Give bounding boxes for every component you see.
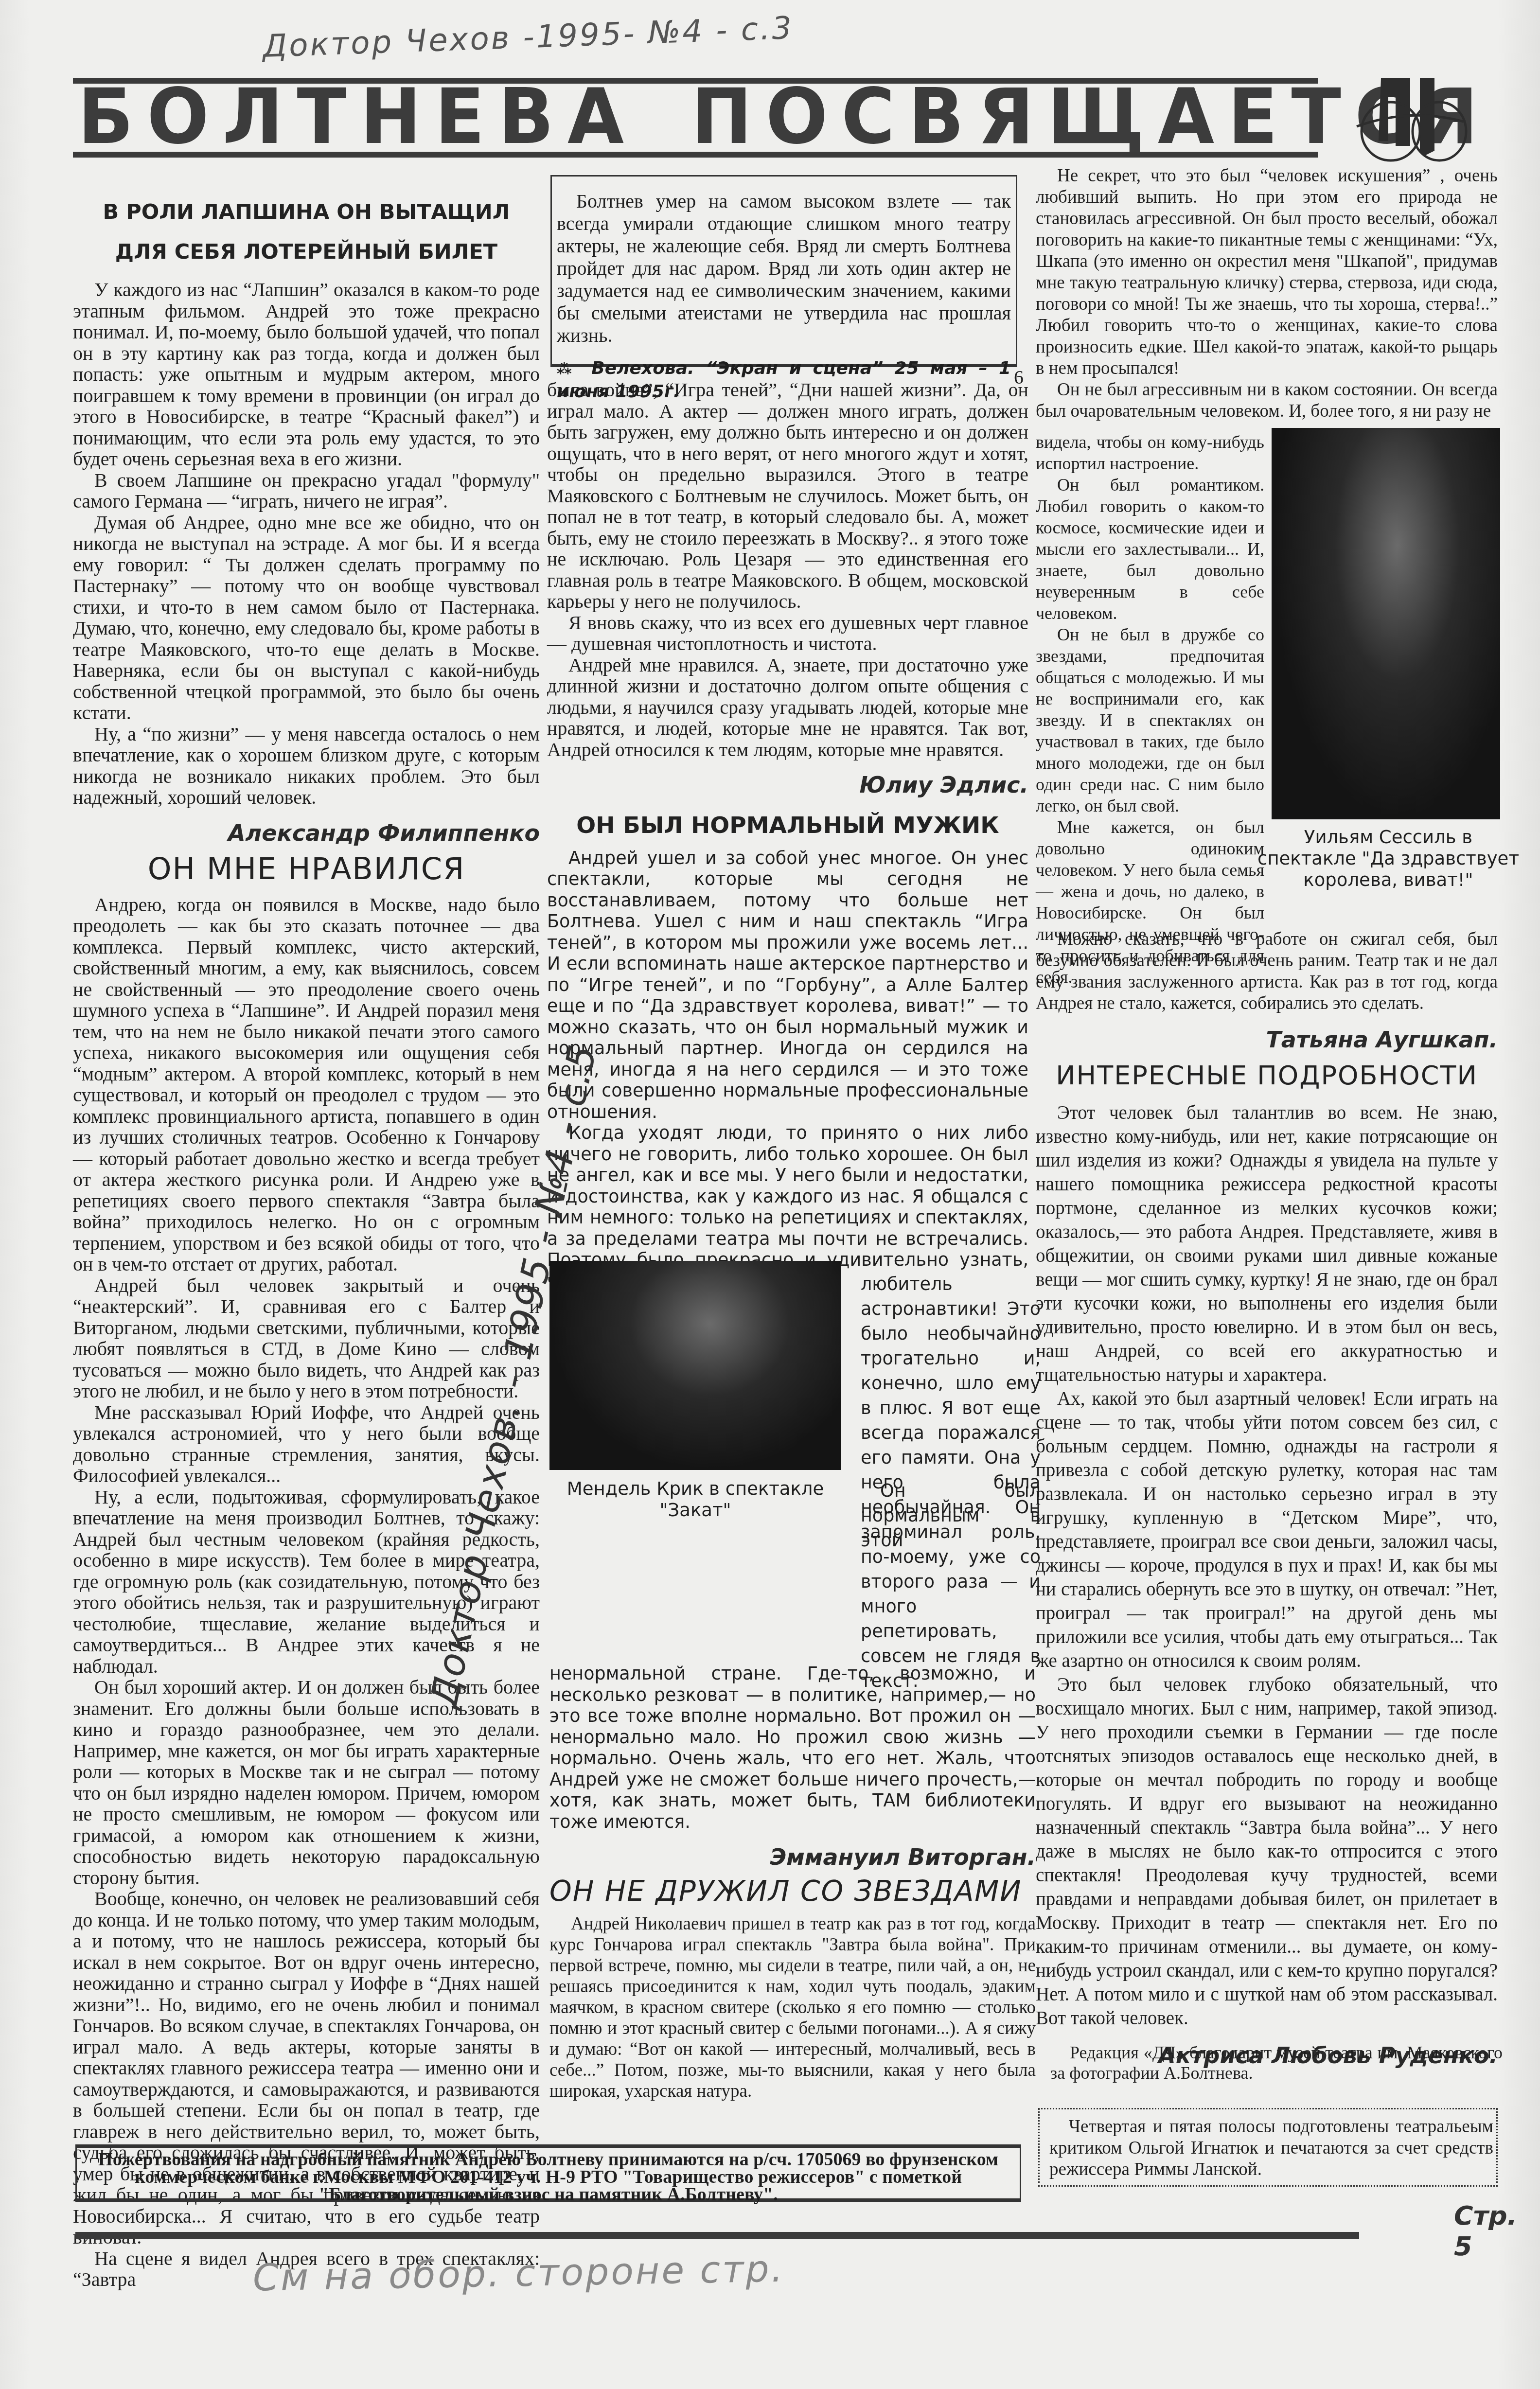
credits-text: Четвертая и пятая полосы подготовлены те…: [1049, 2116, 1493, 2180]
acknowledgement: Редакция «ДЧ» благодарит музей театра им…: [1050, 2042, 1503, 2083]
paragraph: Можно сказать, что в работе он сжигал се…: [1036, 929, 1498, 1014]
page-title: БОЛТНЕВАПОСВЯЩАЕТСЯ: [78, 84, 1313, 150]
paragraph: Андрей был человек закрытый и очень “неа…: [73, 1275, 540, 1402]
column-middle: была война”, “Игра теней”, “Дни нашей жи…: [547, 379, 1028, 1292]
quote-text: Болтнев умер на самом высоком взлете — т…: [557, 190, 1011, 347]
dch-logo-icon: [1337, 68, 1532, 165]
donation-box: Пожертвования на надгробный памятник Анд…: [75, 2144, 1021, 2202]
paragraph: ненормальной стране. Где-то, возможно, и…: [549, 1663, 1036, 1832]
paragraph: Он был хороший актер. И он должен был бы…: [73, 1677, 540, 1888]
paragraph: У каждого из нас “Лапшин” оказался в как…: [73, 279, 540, 470]
credits-box: Четвертая и пятая полосы подготовлены те…: [1038, 2108, 1498, 2187]
handwritten-note-top: Доктор Чехов -1995- №4 - с.3: [262, 10, 794, 65]
title-word-1: БОЛТНЕВА: [78, 72, 637, 161]
paragraph: Мне рассказывал Юрий Иоффе, что Андрей о…: [73, 1402, 540, 1486]
author-signature: Татьяна Аугшкап.: [1036, 1029, 1498, 1050]
masthead-rule-bottom: [73, 152, 1318, 158]
article3-end: ненормальной стране. Где-то, возможно, и…: [549, 1663, 1036, 2102]
paragraph: Не секрет, что это был “человек искушени…: [1036, 165, 1498, 379]
paragraph: видела, чтобы он кому-нибудь испортил на…: [1036, 431, 1264, 474]
paragraph: Андрей ушел и за собой унес многое. Он у…: [547, 848, 1028, 1123]
newspaper-page: Доктор Чехов -1995- №4 - с.3 БОЛТНЕВАПОС…: [0, 0, 1540, 2389]
bullet-icon: ⁂: [557, 361, 577, 378]
paragraph: Я вновь скажу, что из всех его душевных …: [547, 612, 1028, 655]
photo-caption: Уильям Сессиль в спектакле "Да здравству…: [1252, 827, 1524, 891]
paragraph: Это был человек глубоко обязательный, чт…: [1036, 1673, 1498, 2030]
author-signature: Александр Филиппенко: [73, 823, 540, 844]
handwritten-note-bottom: См на обор. стороне стр.: [252, 2247, 785, 2299]
article4-heading: ОН НЕ ДРУЖИЛ СО ЗВЕЗДАМИ: [549, 1881, 1036, 1902]
paragraph: Андрею, когда он появился в Москве, надо…: [73, 894, 540, 1275]
paragraph: Он был романтиком. Любил говорить о како…: [1036, 474, 1264, 624]
author-signature: Эммануил Виторган.: [549, 1847, 1036, 1868]
paragraph: Этот человек был талантлив во всем. Не з…: [1036, 1101, 1498, 1387]
article5-end: Можно сказать, что в работе он сжигал се…: [1036, 929, 1498, 2079]
article3-body: Андрей ушел и за собой унес многое. Он у…: [547, 848, 1028, 1292]
paragraph: Он не был агрессивным ни в каком состоян…: [1036, 379, 1498, 422]
paragraph: Думая об Андрее, одно мне все же обидно,…: [73, 512, 540, 724]
photo-mendel-krik: [549, 1261, 841, 1470]
paragraph: Он не был в дружбе со звездами, предпочи…: [1036, 624, 1264, 816]
paragraph: была война”, “Игра теней”, “Дни нашей жи…: [547, 379, 1028, 612]
quote-box: Болтнев умер на самом высоком взлете — т…: [550, 175, 1017, 367]
author-signature: Юлиу Эдлис.: [547, 775, 1028, 796]
paragraph: В своем Лапшине он прекрасно угадал "фор…: [73, 470, 540, 512]
article5-wrap: видела, чтобы он кому-нибудь испортил на…: [1036, 431, 1264, 988]
column-left: В РОЛИ ЛАПШИНА ОН ВЫТАЩИЛ ДЛЯ СЕБЯ ЛОТЕР…: [73, 185, 540, 2290]
article1-heading: В РОЛИ ЛАПШИНА ОН ВЫТАЩИЛ ДЛЯ СЕБЯ ЛОТЕР…: [73, 185, 540, 279]
page-number: Стр. 5: [1454, 2200, 1540, 2262]
heading-line: ДЛЯ СЕБЯ ЛОТЕРЕЙНЫЙ БИЛЕТ: [73, 225, 540, 279]
paragraph: Он был нормальным в этой: [861, 1480, 1041, 1551]
paragraph: Ну, а “по жизни” — у меня навсегда остал…: [73, 724, 540, 808]
paragraph: Ах, какой это был азартный человек! Если…: [1036, 1387, 1498, 1673]
column-right: Не секрет, что это был “человек искушени…: [1036, 165, 1498, 422]
photo-william-cecil: [1272, 428, 1500, 819]
article2-heading: ОН МНЕ НРАВИЛСЯ: [73, 858, 540, 880]
paragraph: Андрей Николаевич пришел в театр как раз…: [549, 1913, 1036, 2102]
photo-caption: Мендель Крик в спектакле "Закат": [554, 1478, 836, 1521]
article6-heading: ИНТЕРЕСНЫЕ ПОДРОБНОСТИ: [1036, 1065, 1498, 1086]
footer-rule: [75, 2232, 1359, 2239]
article3-wrap-text-2: Он был нормальным в этой: [861, 1478, 1041, 1553]
article3-heading: ОН БЫЛ НОРМАЛЬНЫЙ МУЖИК: [547, 809, 1028, 843]
paragraph: Андрей мне нравился. А, знаете, при дост…: [547, 655, 1028, 761]
